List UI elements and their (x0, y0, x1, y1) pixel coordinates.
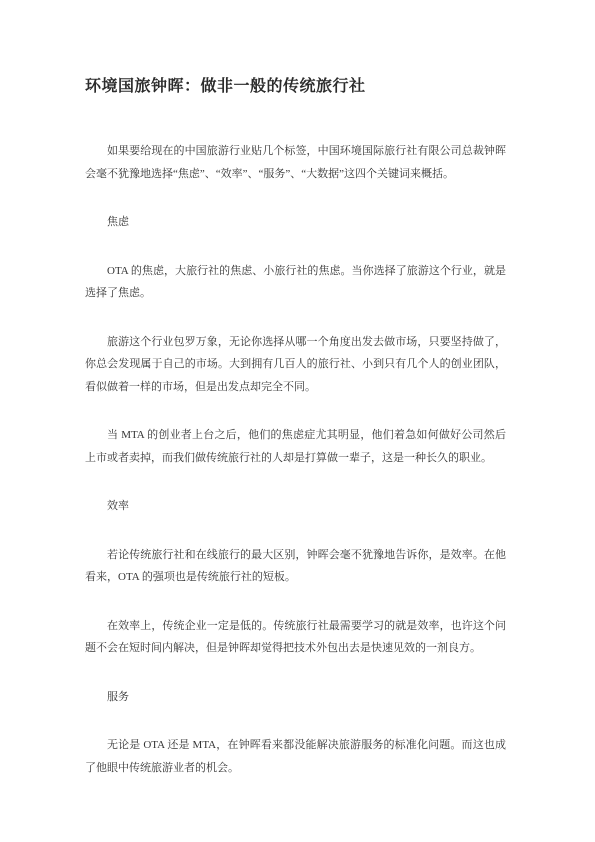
anxiety-paragraph-1: OTA 的焦虑，大旅行社的焦虑、小旅行社的焦虑。当你选择了旅游这个行业，就是选择… (85, 260, 506, 305)
efficiency-paragraph-1: 若论传统旅行社和在线旅行的最大区别，钟晖会毫不犹豫地告诉你，是效率。在他看来，O… (85, 544, 506, 589)
document-title: 环境国旅钟晖：做非一般的传统旅行社 (85, 76, 506, 98)
service-paragraph-1: 无论是 OTA 还是 MTA，在钟晖看来都没能解决旅游服务的标准化问题。而这也成… (85, 734, 506, 779)
intro-paragraph: 如果要给现在的中国旅游行业贴几个标签，中国环境国际旅行社有限公司总裁钟晖会毫不犹… (85, 140, 506, 185)
section-heading-efficiency: 效率 (85, 495, 506, 518)
anxiety-paragraph-2: 旅游这个行业包罗万象，无论你选择从哪一个角度出发去做市场，只要坚持做了，你总会发… (85, 331, 506, 399)
efficiency-paragraph-2: 在效率上，传统企业一定是低的。传统旅行社最需要学习的就是效率，也许这个问题不会在… (85, 615, 506, 660)
section-heading-service: 服务 (85, 686, 506, 709)
document-content: 环境国旅钟晖：做非一般的传统旅行社 如果要给现在的中国旅游行业贴几个标签，中国环… (85, 76, 506, 805)
section-heading-anxiety: 焦虑 (85, 211, 506, 234)
document-page: 环境国旅钟晖：做非一般的传统旅行社 如果要给现在的中国旅游行业贴几个标签，中国环… (0, 0, 595, 842)
anxiety-paragraph-3: 当 MTA 的创业者上台之后，他们的焦虑症尤其明显，他们着急如何做好公司然后上市… (85, 424, 506, 469)
